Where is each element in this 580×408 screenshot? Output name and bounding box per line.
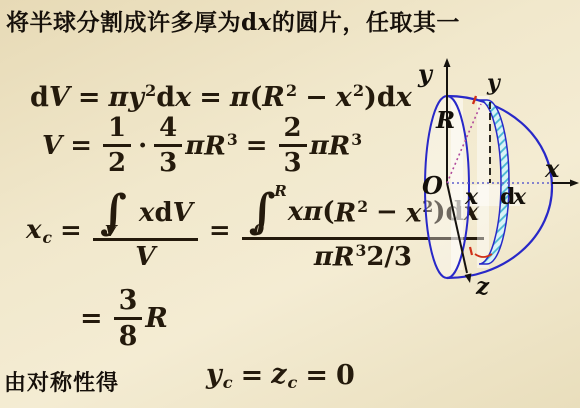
radius-label: R [435, 107, 455, 134]
integral-upper-bound: R [274, 182, 287, 200]
fraction-denominator: 3 [159, 147, 177, 178]
y-axis-label: y [417, 59, 434, 88]
subscript: c [43, 228, 53, 247]
math-token: 3 [284, 148, 302, 178]
math-token: − [376, 197, 398, 227]
fraction-numerator: 2 [279, 113, 307, 147]
math-token: 8 [119, 321, 138, 352]
conclusion-label: 由对称性得 [4, 366, 119, 397]
dx-label-x: x [512, 184, 527, 210]
disk-radius-label: y [486, 70, 502, 96]
math-token: = [78, 82, 101, 113]
math-token: V [173, 198, 193, 228]
math-token: R2 [262, 81, 297, 113]
x-axis-arrow [570, 180, 579, 187]
formula-symmetry: yc=zc=0 [206, 359, 355, 392]
heading-d: d [241, 9, 258, 36]
superscript: 2 [145, 81, 156, 100]
math-token: 1 [108, 113, 126, 143]
integral-lower-bound: V [105, 222, 117, 240]
math-token: π [108, 82, 128, 113]
math-token: yc [206, 359, 233, 392]
fraction-denominator: πR32/3 [314, 240, 412, 273]
subscript: c [288, 373, 298, 392]
math-token: d [30, 82, 49, 113]
formula-volume: V=12·43πR3=23πR3 [42, 113, 362, 178]
math-token: 4 [159, 113, 177, 143]
superscript: 2 [353, 81, 364, 100]
math-token: V [42, 131, 62, 161]
z-axis-arrow [465, 273, 472, 283]
math-token: V [135, 242, 155, 272]
integral: ∫V [100, 190, 127, 237]
math-token: = [209, 216, 231, 246]
origin-label: O [422, 171, 443, 200]
z-axis-label: z [475, 273, 490, 300]
math-token: = [199, 82, 222, 113]
math-token: π [230, 82, 250, 113]
fraction: 38 [114, 285, 143, 352]
fraction: 23 [279, 113, 307, 178]
slide: 将半球分割成许多厚为dx的圆片，任取其一 dV=πy2dx=π(R2−x2)dx… [0, 0, 580, 408]
superscript: 2 [286, 81, 297, 100]
math-token: xc [26, 215, 52, 247]
math-token: π [310, 131, 329, 161]
integral: ∫R0 [249, 189, 276, 236]
fraction-numerator: ∫VxdV [93, 190, 198, 241]
heading-post: 的圆片，任取其一 [272, 9, 460, 35]
subscript: c [223, 373, 233, 392]
math-token: R2 [335, 197, 368, 229]
integral-lower-bound: 0 [254, 221, 265, 239]
math-token: V [49, 82, 70, 113]
math-token: = [241, 360, 264, 391]
math-token: = [60, 216, 82, 246]
fraction: 12 [103, 113, 131, 178]
math-token: x [175, 82, 191, 113]
math-token: = [246, 131, 268, 161]
math-token: zc [271, 359, 297, 392]
math-token: x [139, 198, 155, 228]
math-token: π [314, 242, 333, 272]
y-axis-arrow [444, 58, 451, 67]
math-token: R3 [329, 130, 362, 162]
math-token: y2 [128, 81, 156, 113]
formula-result: =38R [72, 285, 168, 352]
fraction-numerator: 4 [154, 113, 182, 147]
math-token: d [156, 82, 175, 113]
heading-pre: 将半球分割成许多厚为 [6, 9, 241, 35]
fraction: 43 [154, 113, 182, 178]
math-token: R3 [204, 130, 237, 162]
math-token: ( [250, 82, 263, 113]
superscript: 3 [351, 130, 362, 149]
math-token: 3 [159, 148, 177, 178]
red-tick-top [473, 96, 476, 104]
fraction-numerator: 1 [103, 113, 131, 147]
fraction-denominator: 3 [284, 147, 302, 178]
fraction: ∫VxdVV [93, 190, 198, 272]
fraction-denominator: V [135, 241, 155, 272]
math-token: R3 [333, 241, 366, 273]
fraction-denominator: 2 [108, 147, 126, 178]
x-axis-label: x [544, 154, 560, 183]
math-token: R [145, 303, 167, 334]
math-token: x [288, 197, 304, 227]
formula-dv: dV=πy2dx=π(R2−x2)dx [30, 81, 412, 113]
heading-x: x [258, 9, 272, 36]
superscript: 2 [357, 197, 368, 216]
math-token: 2 [284, 113, 302, 143]
white-stripe [477, 96, 489, 268]
math-token: = [70, 131, 92, 161]
math-token: d [154, 198, 172, 228]
math-token: 3 [119, 285, 138, 316]
math-token: = [80, 303, 103, 334]
superscript: 3 [355, 241, 366, 260]
math-token: 2 [108, 148, 126, 178]
math-token: ) [364, 82, 377, 113]
superscript: 3 [227, 130, 238, 149]
math-token: 0 [336, 360, 355, 391]
x-position-label: x [464, 184, 479, 210]
math-token: = [305, 360, 328, 391]
hemisphere-figure: y x z O R y x d x [410, 52, 580, 302]
math-token: · [138, 131, 147, 161]
math-token: π [303, 197, 322, 227]
fraction-numerator: 3 [114, 285, 143, 320]
math-token: − [305, 82, 328, 113]
heading: 将半球分割成许多厚为dx的圆片，任取其一 [6, 4, 460, 37]
math-token: x2 [336, 81, 364, 113]
math-token: d [377, 82, 396, 113]
math-token: ( [322, 197, 334, 227]
math-token: 2/3 [366, 242, 412, 272]
math-token: π [185, 131, 204, 161]
fraction-denominator: 8 [119, 320, 138, 352]
red-tick-bottom [470, 247, 472, 255]
